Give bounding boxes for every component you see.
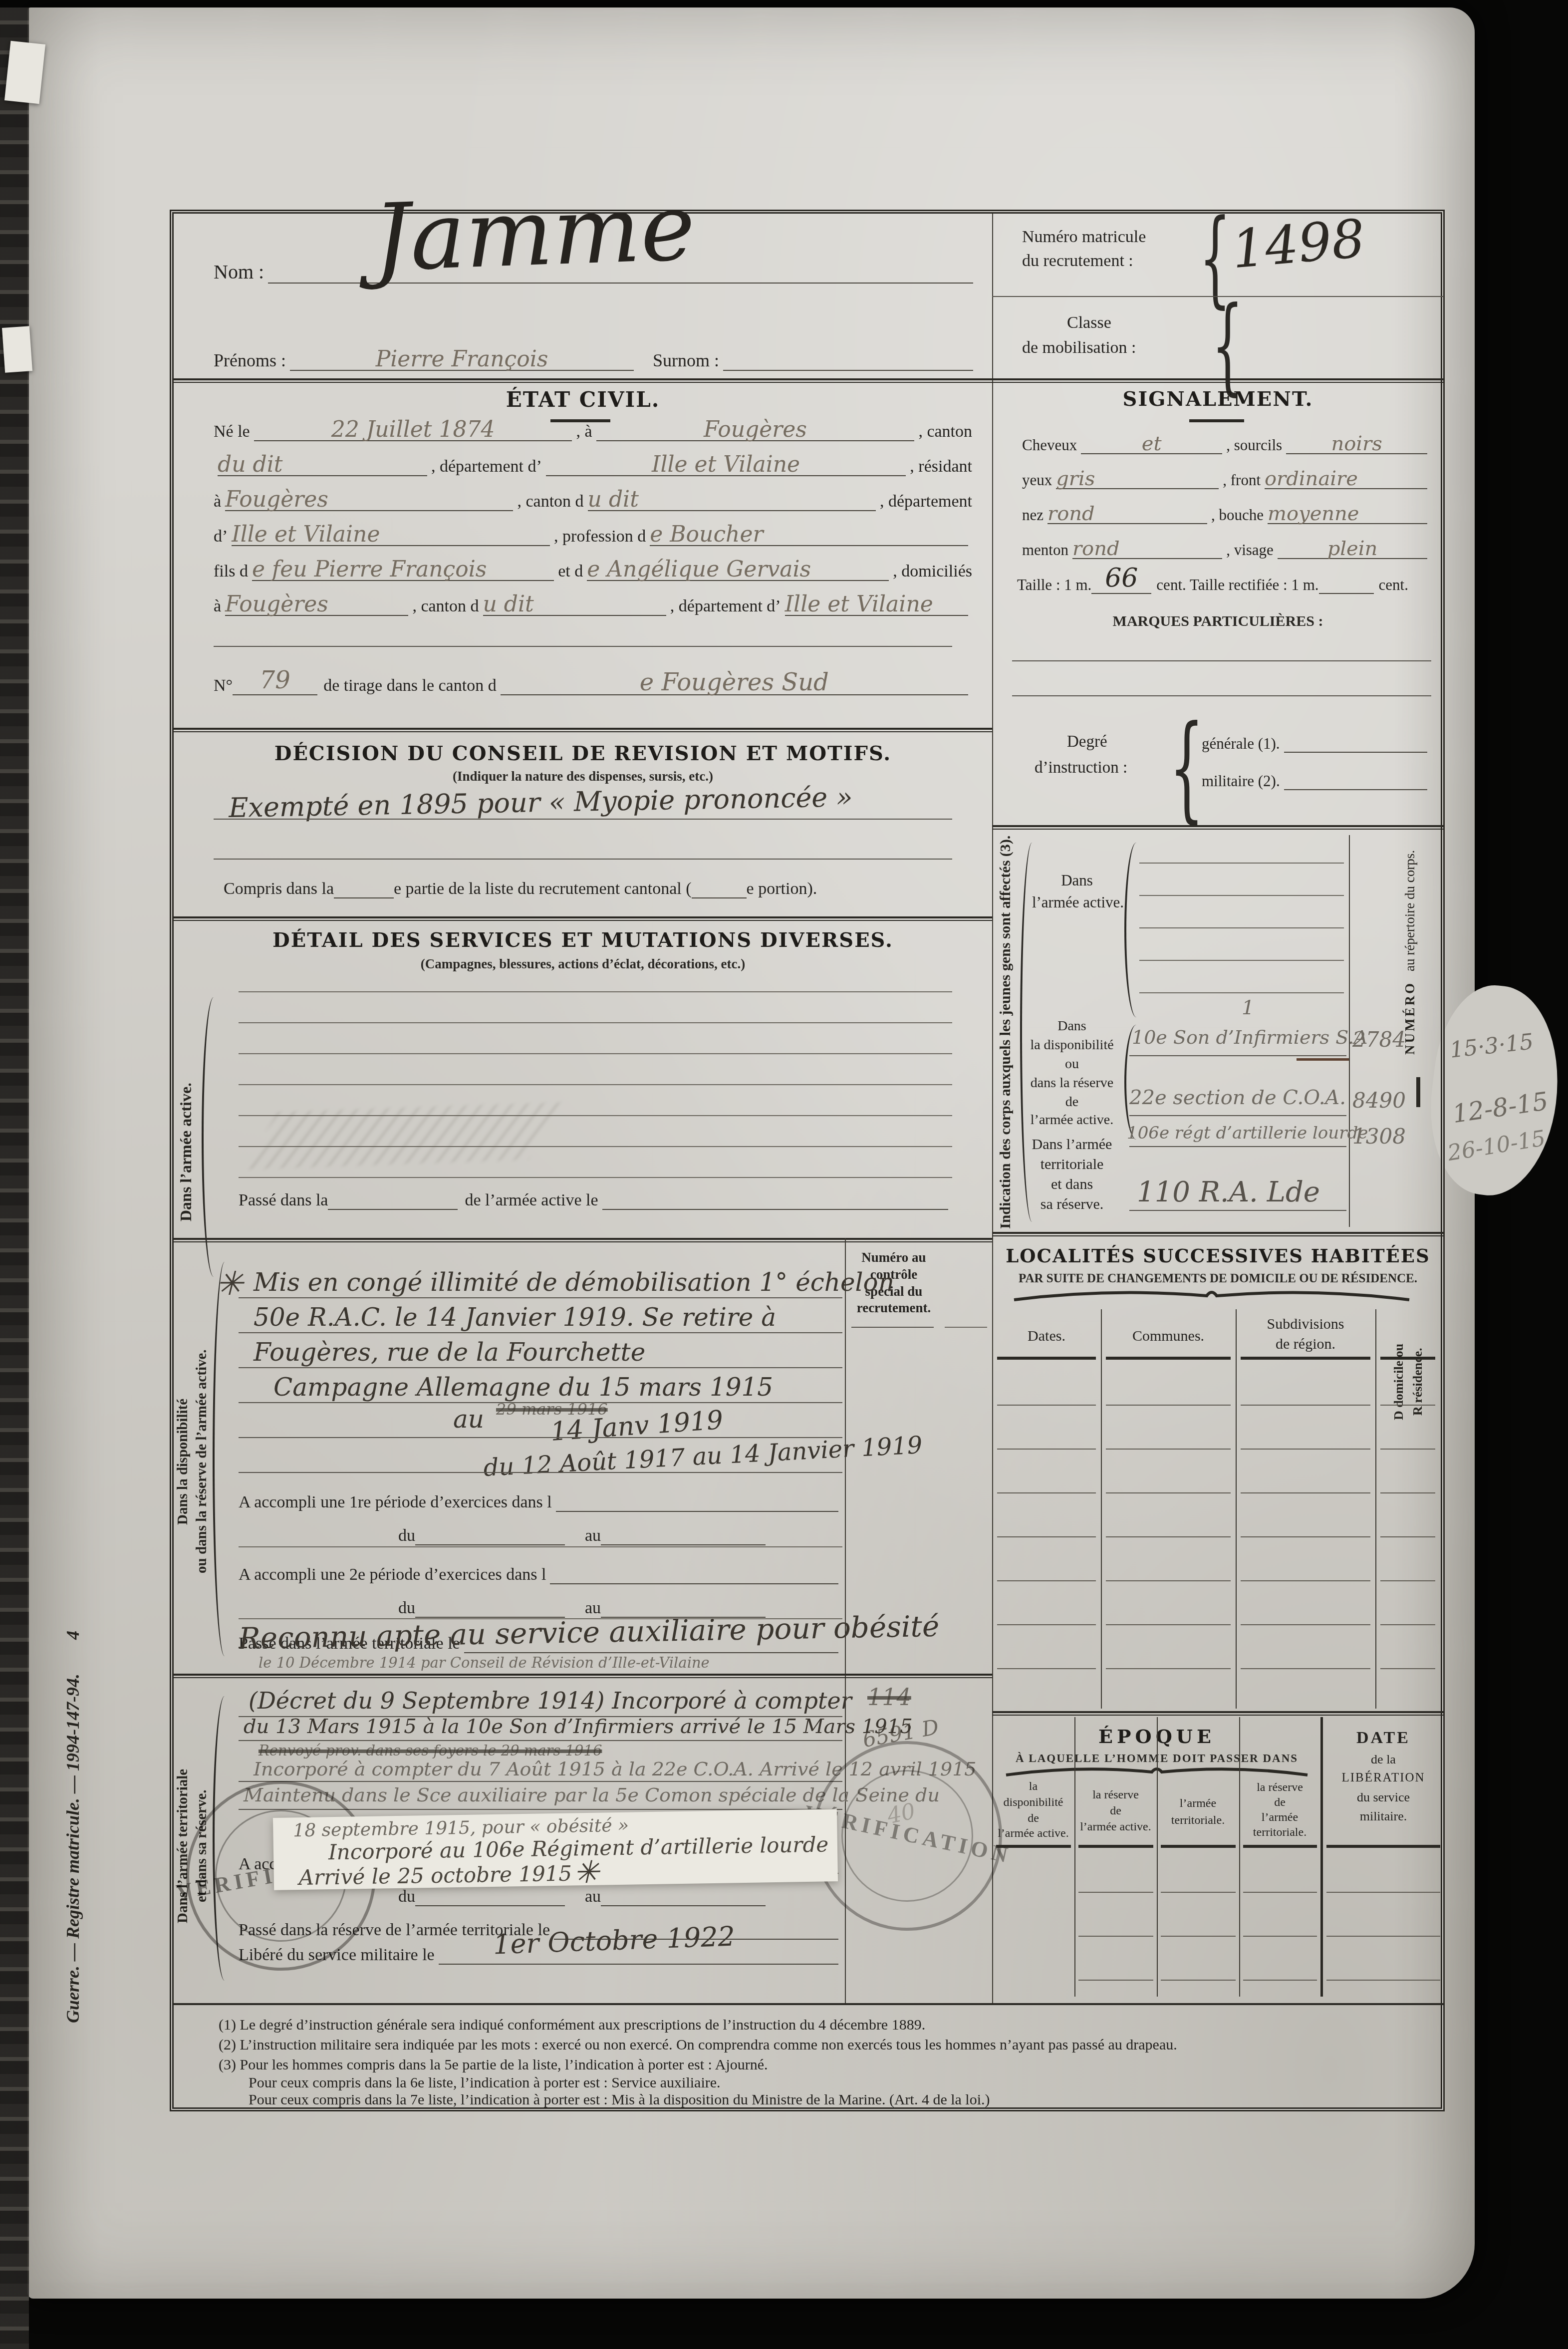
date-col-4: du service [1323,1790,1444,1805]
militaire-underline [1284,789,1427,790]
table-rows [996,1849,1071,1997]
dispo-hw-8: le 10 Décembre 1914 par Conseil de Révis… [259,1654,710,1671]
prenoms-value: Pierre François [290,349,634,371]
service-line [239,991,952,992]
footnote-5: Pour ceux compris dans la 7e liste, l’in… [249,2091,990,2108]
menton-value: rond [1072,539,1222,559]
nez-value: rond [1047,504,1207,524]
dept-value: Ille et Vilaine [546,454,906,476]
epoque-col1: disponibilité [992,1796,1074,1809]
signalement-title: SIGNALEMENT. [992,387,1444,411]
sig-row-3: nez rond , bouche moyenne [1022,498,1431,524]
generale-underline [1284,752,1427,753]
visage-label: , visage [1226,541,1274,559]
header-rule [996,1845,1071,1848]
epoque-col3: territoriale. [1157,1814,1239,1827]
nom-value: Jamme [371,173,697,292]
section-rule [174,1674,992,1678]
corps-row-rule [1129,1115,1346,1116]
taille-label: Taille : 1 m. [1017,576,1091,594]
header-rule [174,378,1444,383]
matricule-value: 1498 [1229,208,1367,281]
corps-terr-label-1: Dans l’armée [1022,1136,1122,1153]
sa-double-underline [1297,1058,1349,1061]
menton-label: menton [1022,541,1068,559]
ec-row-2: du dit , département d’ Ille et Vilaine … [214,448,972,476]
slip-line-3: Arrivé le 25 octobre 1915 [298,1861,572,1890]
register-page-scan: Guerre. — Registre matricule. — 1994-147… [27,7,1475,2299]
classe-label-2: de mobilisation : [1022,338,1136,357]
epoque-col2: l’armée active. [1074,1820,1157,1834]
table-rows [1161,1849,1236,1997]
degre-militaire-row: militaire (2). [1202,765,1431,790]
col-subdiv-2: de région. [1236,1336,1375,1353]
date-col-1: DATE [1323,1729,1444,1748]
domicilies-label: , domiciliés [893,562,972,581]
hw-rule [239,1472,842,1473]
du-label: du [398,1887,415,1906]
taille-rect-label: cent. Taille rectifiée : 1 m. [1156,576,1318,594]
dispo-side-label-1: Dans la disponibilité [175,1272,191,1651]
degre-generale-row: générale (1). [1202,728,1431,753]
dom-a-value: Fougères [225,594,408,616]
epoque-col2: la réserve [1074,1788,1157,1802]
passe-territoriale-underline [464,1652,838,1653]
header-rule [1326,1845,1440,1848]
decision-subtitle: (Indiquer la nature des dispenses, sursi… [174,769,992,784]
matricule-label-1: Numéro matricule [1022,228,1146,247]
section-rule [174,1238,992,1242]
terr-side-label-1: Dans l’armée territoriale [175,1711,191,1981]
corps-side-label: Indication des corps auxquels les jeunes… [997,835,1014,1229]
ne-le-value: 22 Juillet 1874 [254,419,572,441]
cent-label: cent. [1379,576,1408,594]
section-rule [992,1232,1444,1236]
epoque-col4: l’armée [1239,1811,1320,1824]
table-vline [1101,1309,1102,1709]
service-line [239,1022,952,1023]
table-vline [1074,1717,1075,1997]
table-rows [1380,1362,1435,1709]
epoque-col4: la réserve [1239,1781,1320,1794]
surnom-underline [723,370,973,371]
dom-a-label: à [214,597,221,616]
corps-row-rule [1129,1146,1346,1147]
corps-row-1: 22e section de C.O.A. [1129,1086,1346,1109]
footnote-1: (1) Le degré d’instruction générale sera… [219,2017,925,2034]
dispo-hw-3: Fougères, rue de la Fourchette [254,1338,645,1367]
ne-le-label: Né le [214,422,250,441]
front-label: , front [1223,471,1261,489]
footnote-2: (2) L’instruction militaire sera indiqué… [219,2037,1177,2054]
footnote-3: (3) Pour les hommes compris dans la 5e p… [219,2056,768,2073]
date-col-5: militaire. [1323,1809,1444,1824]
title-bar [1189,419,1244,422]
surnom-row: Surnom : [653,341,977,371]
periode-1-underline [556,1511,838,1512]
nez-label: nez [1022,506,1044,524]
sig-row-2: yeux gris , front ordinaire [1022,463,1431,489]
section-rule [174,916,992,921]
dispo-hw-5: au 29 mars 1916 14 Janv 1919 [453,1404,723,1434]
dispo-side-label-2: ou dans la réserve de l’armée active. [194,1262,210,1661]
slip-cross-mark: ✳ [573,1854,599,1891]
nom-label: Nom : [214,260,264,284]
residant-label: , résidant [910,457,972,476]
blank-rule [214,859,952,860]
hw-rule [239,1332,842,1333]
dom-canton-label: , canton d [412,597,479,616]
degre-label-2: d’instruction : [1035,759,1127,777]
visage-value: plein [1278,539,1427,559]
dom-dept-value: Ille et Vilaine [785,594,968,616]
numero-corps-tick [1416,1077,1420,1107]
compris-label-c: e portion). [747,880,817,898]
corps-terr-label-4: sa réserve. [1022,1196,1122,1213]
matricule-label-2: du recrutement : [1022,252,1133,271]
col-dates: Dates. [992,1328,1101,1345]
date-col-2: de la [1323,1752,1444,1767]
spine-caption: Guerre. — Registre matricule. — 1994-147… [62,1515,83,2139]
hw-rule [239,1367,842,1368]
tirage-no-value: 79 [233,666,317,695]
epoque-col3: l’armée [1157,1797,1239,1810]
table-rows [1106,1362,1231,1709]
epoque-col2: de [1074,1804,1157,1818]
prenoms-row: Prénoms : Pierre François [214,341,638,371]
ec-row-6: à Fougères , canton d u dit , départemen… [214,588,972,616]
dispo-hw-4: Campagne Allemagne du 15 mars 1915 [273,1373,773,1402]
classe-label-1: Classe [1067,313,1111,332]
compris-label-a: Compris dans la [224,880,334,898]
header-rule [1241,1357,1370,1360]
services-brace [202,997,214,1277]
corps-line [1139,895,1344,896]
header-rule [1161,1845,1236,1848]
table-rows [1241,1362,1370,1709]
sourcils-value: noirs [1286,434,1427,454]
corps-row-rule [1129,1210,1346,1211]
et-label: et d [558,562,583,581]
hw-rule [239,1781,842,1782]
table-rows [1326,1849,1440,1997]
cheveux-value: et [1081,434,1222,454]
canton-label: , canton [918,422,972,441]
epoque-col1: de [992,1812,1074,1825]
a-label: , à [576,422,592,441]
dom-canton-value: u dit [483,594,666,616]
fils-label: fils d [214,562,248,581]
epoque-col1: la [992,1780,1074,1793]
canton-du-value: du dit [218,454,427,476]
degre-label-1: Degré [1067,733,1107,751]
au-blank [601,1905,766,1906]
ec-row-1: Né le 22 Juillet 1874 , à Fougères , can… [214,413,972,441]
ec-row-4: d’ Ille et Vilaine , profession d e Bouc… [214,518,972,546]
mere-value: e Angélique Gervais [587,559,889,581]
terr-hw-1: (Décret du 9 Septembre 1914) Incorporé à… [249,1687,852,1714]
dispo-hw-6: du 12 Août 1917 au 14 Janvier 1919 [483,1431,923,1482]
corps-row-0: 10e Son d’Infirmiers S.A [1132,1026,1367,1048]
table-vline [1375,1309,1376,1709]
marques-label: MARQUES PARTICULIÈRES : [992,613,1444,630]
section-rule [992,1711,1444,1716]
localites-title: LOCALITÉS SUCCESSIVES HABITÉES [992,1245,1444,1267]
corps-dispo-label-3: ou [1022,1056,1122,1072]
du-label: du [398,1526,415,1545]
corps-line [1139,960,1344,961]
dept3-label: d’ [214,527,228,546]
compris-label-b: e partie de la liste du recrutement cant… [394,880,692,898]
service-line [239,1084,952,1085]
row-rule [239,1546,842,1547]
corps-dispo-label-2: la disponibilité [1022,1037,1122,1053]
libere-underline [439,1964,838,1965]
header-rule [1380,1357,1435,1360]
res-canton-label: , canton d [517,492,583,511]
taille-rect-blank [1319,593,1374,594]
surnom-label: Surnom : [653,350,719,371]
etat-civil-title: ÉTAT CIVIL. [174,387,992,412]
au-blank [601,1544,766,1545]
corps-line [1139,863,1344,864]
taille-value: 66 [1091,563,1151,594]
terr-hw-2: du 13 Mars 1915 à la 10e Son d’Infirmier… [244,1715,913,1738]
col-subdiv-1: Subdivisions [1236,1316,1375,1333]
corps-active-brace [1124,843,1136,1017]
dom-dept-label: , département d’ [670,597,781,616]
dept3-value: Ille et Vilaine [232,524,550,546]
spine-page-number: 4 [63,1631,83,1640]
margin-dash [945,1327,987,1328]
numero-controle-rule [851,1327,934,1328]
blank-rule [214,646,952,647]
passe-active-underline [602,1209,948,1210]
spine-paper-tab [2,326,32,373]
services-side-label: Dans l’armée active. [177,1032,195,1272]
au-label: au [585,1526,601,1545]
prof-label: , profession d [554,527,646,546]
hw-rule [239,1297,842,1298]
section-rule [992,825,1444,830]
sig-row-4: menton rond , visage plein [1022,533,1431,559]
header-rule [997,1357,1096,1360]
pere-value: e feu Pierre François [252,559,554,581]
ec-row-3: à Fougères , canton d u dit , départemen… [214,483,972,511]
dept-label: , département d’ [431,457,542,476]
table-vline [1236,1309,1237,1709]
dispo-hw-1: Mis en congé illimité de démobilisation … [254,1268,894,1297]
yeux-value: gris [1056,469,1219,489]
service-line [239,1177,952,1178]
corps-dispo-label-6: l’armée active. [1022,1112,1122,1128]
militaire-label: militaire (2). [1202,772,1280,790]
table-vline [1157,1717,1158,1997]
table-rows [997,1362,1096,1709]
periode-2-underline [550,1583,838,1584]
corps-terr-label-2: territoriale [1022,1156,1122,1173]
passe-active-label-b: de l’armée active le [465,1191,598,1210]
degre-brace: { [1169,700,1204,835]
res-a-label: à [214,492,221,511]
decision-title: DÉCISION DU CONSEIL DE REVISION ET MOTIF… [174,742,992,765]
corps-row-rule [1129,1055,1346,1056]
epoque-col1: l’armée active. [992,1827,1074,1840]
decision-underline [214,819,952,820]
yeux-label: yeux [1022,471,1052,489]
dispo-hw-2: 50e R.A.C. le 14 Janvier 1919. Se retire… [254,1303,776,1332]
bouche-value: moyenne [1268,504,1427,524]
corps-line [1139,992,1344,993]
periode-1-row: A accompli une 1re période d’exercices d… [239,1484,842,1512]
form-frame: Nom : Jamme Prénoms : Pierre François Su… [172,212,1442,2109]
footnote-4: Pour ceux compris dans la 6e liste, l’in… [249,2074,721,2091]
corps-num-1: 8490 [1352,1088,1406,1113]
front-value: ordinaire [1265,469,1427,489]
du-label: du [398,1599,415,1618]
table-rows [1243,1849,1317,1997]
table-rows [1078,1849,1153,1997]
compris-blank-1 [334,897,394,898]
prof-value: e Boucher [650,524,968,546]
res-a-value: Fougères [225,489,513,511]
tirage-label: de tirage dans le canton d [323,676,496,695]
passe-active-row: Passé dans la de l’armée active le [239,1182,952,1210]
hw-rule [239,1740,842,1741]
services-subtitle: (Campagnes, blessures, actions d’éclat, … [174,956,992,972]
epoque-col4: territoriale. [1239,1826,1320,1839]
du-blank [415,1544,565,1545]
sig-row-taille: Taille : 1 m. 66 cent. Taille rectifiée … [1017,566,1436,594]
cheveux-label: Cheveux [1022,436,1077,454]
corps-dispo-label-5: de [1022,1094,1122,1110]
header-rule [1106,1357,1231,1360]
compris-blank-2 [692,897,747,898]
corps-tick-mark: 1 [1242,996,1254,1019]
periode-2-row: A accompli une 2e période d’exercices da… [239,1556,842,1584]
passe-active-blank [328,1209,458,1210]
res-canton-value: u dit [588,489,876,511]
corps-num-0: 2784 [1352,1027,1406,1052]
passe-active-label-a: Passé dans la [239,1191,328,1210]
header-rule [1243,1845,1317,1848]
date-col-3: LIBÉRATION [1323,1771,1444,1785]
epoque-col4: de [1239,1796,1320,1809]
decision-value: Exempté en 1895 pour « Myopie prononcée … [229,781,853,824]
footnote-rule [174,2003,1444,2005]
spine-paper-tab [4,41,45,104]
localites-subtitle: PAR SUITE DE CHANGEMENTS DE DOMICILE OU … [992,1272,1444,1286]
blank-rule [1012,695,1431,696]
section-rule [174,728,992,732]
services-title: DÉTAIL DES SERVICES ET MUTATIONS DIVERSE… [174,928,992,952]
res-dept-label: , département [880,492,972,511]
corps-num-2: 1308 [1352,1124,1406,1149]
du-blank [415,1905,565,1906]
brace-swash [1012,1288,1411,1303]
terr-hw-3: Renvoyé prov. dans ses foyers le 29 mars… [259,1742,602,1759]
tirage-row: N° 79 de tirage dans le canton d e Fougè… [214,665,972,695]
col-communes: Communes. [1101,1328,1236,1345]
bouche-label: , bouche [1211,506,1264,524]
corps-dispo-label-1: Dans [1022,1018,1122,1034]
terr-margin-struck: 114 [867,1684,911,1711]
compris-row: Compris dans la e partie de la liste du … [224,874,952,898]
periode-2-label: A accompli une 2e période d’exercices da… [239,1565,546,1584]
corps-active-label-2: l’armée active. [1028,893,1128,911]
corps-line [1139,927,1344,928]
corps-dispo-label-4: dans la réserve [1022,1075,1122,1091]
prenoms-label: Prénoms : [214,350,286,371]
dispo-hw-5a: au [453,1405,484,1434]
corps-active-label-1: Dans [1037,872,1117,889]
ec-row-5: fils d e feu Pierre François et d e Angé… [214,553,972,581]
corps-row-3: 110 R.A. Lde [1137,1176,1320,1208]
numero-corps-label-2: au répertoire du corps. [1402,850,1417,971]
spine-caption-text: Guerre. — Registre matricule. — 1994-147… [63,1674,83,2024]
periode-1-label: A accompli une 1re période d’exercices d… [239,1493,552,1512]
periode-1-duau: du au [398,1517,842,1545]
corps-row-2: 106e régt d’artillerie lourde [1127,1123,1368,1143]
a-value: Fougères [596,419,915,441]
pasted-slip: 18 septembre 1915, pour « obésité » Inco… [273,1809,838,1890]
table-vline [1239,1717,1240,1997]
dispo-brace [213,1262,225,1656]
header-rule [1078,1845,1153,1848]
tirage-no-label: N° [214,676,233,695]
hw-rule [239,1437,842,1438]
service-line [239,1053,952,1054]
generale-label: générale (1). [1202,735,1280,753]
sourcils-label: , sourcils [1226,436,1282,454]
corps-terr-label-3: et dans [1022,1176,1122,1193]
sig-row-1: Cheveux et , sourcils noirs [1022,428,1431,454]
blank-rule [1012,660,1431,661]
ink-offset-ghost [244,1102,563,1169]
tirage-canton-value: e Fougères Sud [501,671,968,695]
